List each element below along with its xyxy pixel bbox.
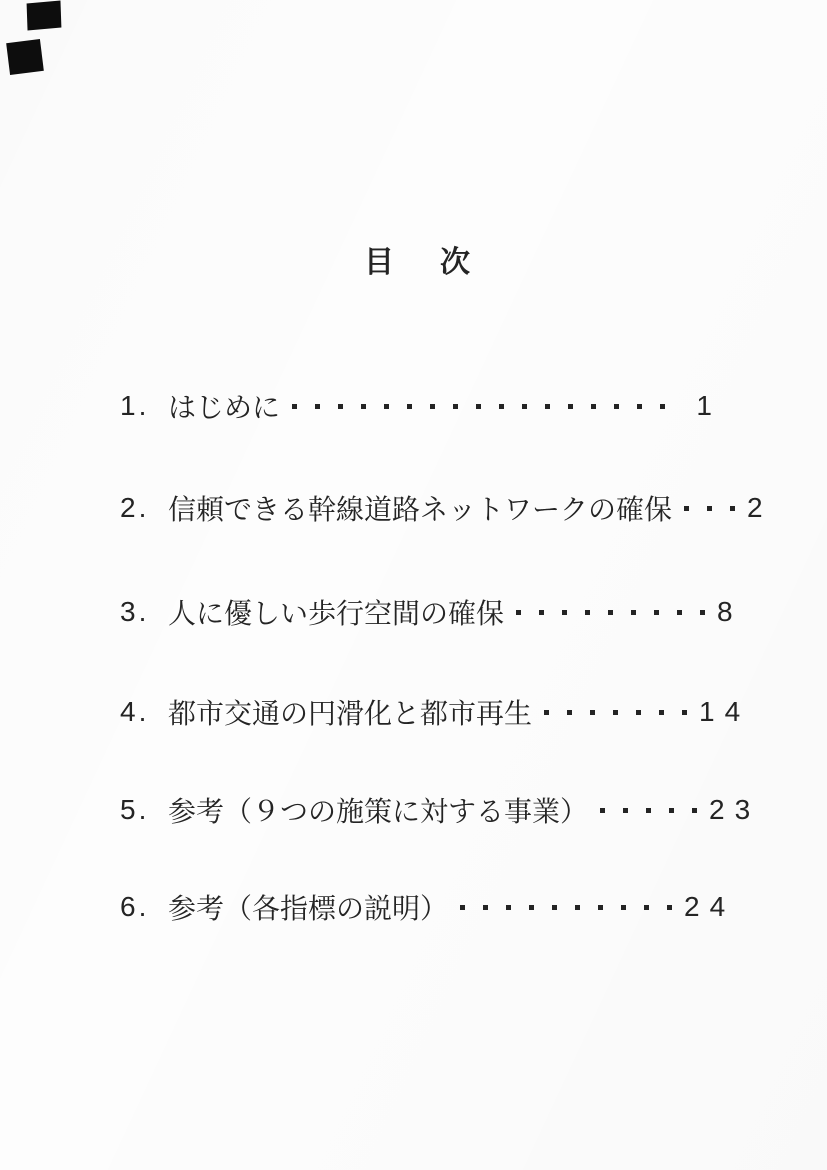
- dot-leader: [460, 889, 672, 925]
- leader-dot: [568, 404, 573, 409]
- leader-dot: [613, 710, 618, 715]
- entry-page-number: 23: [709, 794, 760, 826]
- entry-number: 3.: [120, 596, 168, 628]
- leader-dot: [646, 808, 651, 813]
- leader-dot: [460, 905, 465, 910]
- entry-number: 1.: [120, 390, 168, 422]
- toc-entry: 1. はじめに 1: [120, 388, 712, 424]
- leader-dot: [631, 610, 636, 615]
- toc-entry: 4. 都市交通の円滑化と都市再生 14: [120, 694, 712, 730]
- entry-title: 参考（各指標の説明）: [168, 887, 448, 927]
- leader-dot: [292, 404, 297, 409]
- leader-dot: [598, 905, 603, 910]
- dot-leader: [600, 792, 697, 828]
- dot-leader: [544, 694, 687, 730]
- entry-number: 4.: [120, 696, 168, 728]
- leader-dot: [516, 610, 521, 615]
- entry-page-number: 24: [684, 891, 735, 923]
- leader-dot: [730, 506, 735, 511]
- leader-dot: [476, 404, 481, 409]
- scan-artifact-mark-bottom: [6, 39, 44, 75]
- leader-dot: [654, 610, 659, 615]
- entry-title: 都市交通の円滑化と都市再生: [168, 692, 532, 732]
- leader-dot: [585, 610, 590, 615]
- leader-dot: [315, 404, 320, 409]
- leader-dot: [684, 506, 689, 511]
- toc-entry: 6. 参考（各指標の説明） 24: [120, 889, 712, 925]
- leader-dot: [636, 710, 641, 715]
- leader-dot: [608, 610, 613, 615]
- toc-list: 1. はじめに 1 2. 信頼できる幹線道路ネットワークの確保 2 3. 人に優…: [120, 0, 712, 1170]
- entry-page-number: 1: [696, 390, 722, 422]
- entry-page-number: 14: [699, 696, 750, 728]
- leader-dot: [567, 710, 572, 715]
- toc-entry: 2. 信頼できる幹線道路ネットワークの確保 2: [120, 490, 712, 526]
- leader-dot: [499, 404, 504, 409]
- leader-dot: [506, 905, 511, 910]
- entry-title: はじめに: [168, 386, 280, 426]
- leader-dot: [682, 710, 687, 715]
- leader-dot: [575, 905, 580, 910]
- leader-dot: [562, 610, 567, 615]
- leader-dot: [614, 404, 619, 409]
- leader-dot: [338, 404, 343, 409]
- entry-title: 人に優しい歩行空間の確保: [168, 592, 504, 632]
- entry-number: 5.: [120, 794, 168, 826]
- leader-dot: [700, 610, 705, 615]
- leader-dot: [591, 404, 596, 409]
- leader-dot: [522, 404, 527, 409]
- leader-dot: [600, 808, 605, 813]
- leader-dot: [667, 905, 672, 910]
- leader-dot: [483, 905, 488, 910]
- leader-dot: [529, 905, 534, 910]
- leader-dot: [621, 905, 626, 910]
- leader-dot: [539, 610, 544, 615]
- leader-dot: [544, 710, 549, 715]
- toc-entry: 5. 参考（９つの施策に対する事業） 23: [120, 792, 712, 828]
- entry-page-number: 8: [717, 596, 743, 628]
- leader-dot: [384, 404, 389, 409]
- leader-dot: [692, 808, 697, 813]
- leader-dot: [407, 404, 412, 409]
- leader-dot: [590, 710, 595, 715]
- leader-dot: [669, 808, 674, 813]
- leader-dot: [430, 404, 435, 409]
- leader-dot: [453, 404, 458, 409]
- leader-dot: [659, 710, 664, 715]
- dot-leader: [292, 388, 665, 424]
- leader-dot: [623, 808, 628, 813]
- leader-dot: [552, 905, 557, 910]
- leader-dot: [644, 905, 649, 910]
- leader-dot: [677, 610, 682, 615]
- leader-dot: [361, 404, 366, 409]
- dot-leader: [516, 594, 705, 630]
- entry-number: 2.: [120, 492, 168, 524]
- dot-leader: [684, 490, 735, 526]
- toc-entry: 3. 人に優しい歩行空間の確保 8: [120, 594, 712, 630]
- entry-number: 6.: [120, 891, 168, 923]
- leader-dot: [660, 404, 665, 409]
- entry-title: 参考（９つの施策に対する事業）: [168, 790, 588, 830]
- entry-title: 信頼できる幹線道路ネットワークの確保: [168, 488, 672, 528]
- leader-dot: [637, 404, 642, 409]
- scan-artifact-mark-top: [27, 1, 62, 31]
- leader-dot: [545, 404, 550, 409]
- leader-dot: [707, 506, 712, 511]
- entry-page-number: 2: [747, 492, 773, 524]
